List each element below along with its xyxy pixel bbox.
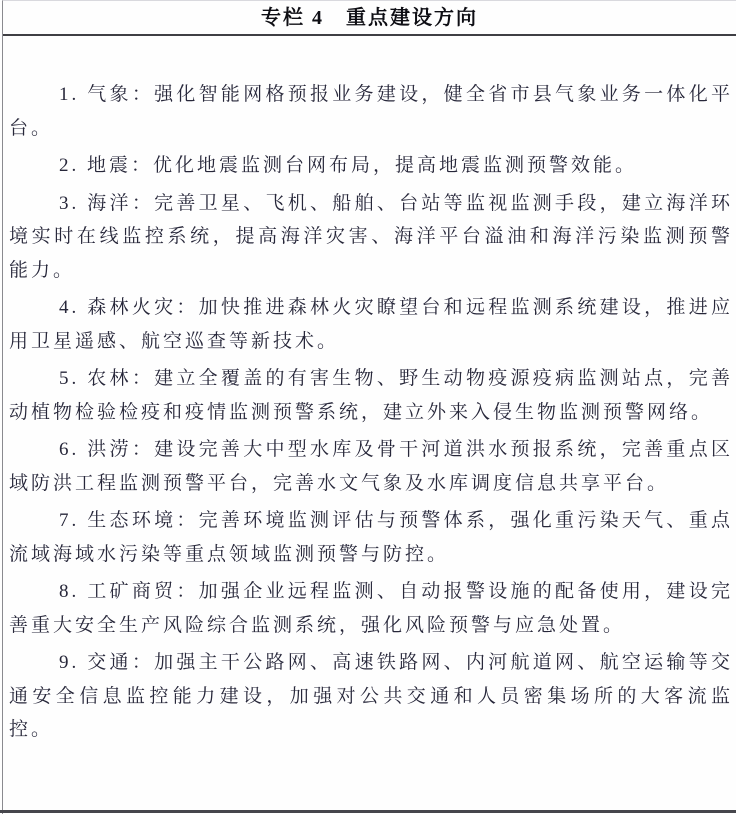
panel-item-1: 1. 气象：强化智能网格预报业务建设，健全省市县气象业务一体化平台。 bbox=[9, 78, 733, 145]
panel-bottom-border bbox=[0, 810, 736, 813]
panel-item-8: 8. 工矿商贸：加强企业远程监测、自动报警设施的配备使用，建设完善重大安全生产风… bbox=[9, 575, 733, 642]
panel-item-5: 5. 农林：建立全覆盖的有害生物、野生动物疫源疫病监测站点，完善动植物检验检疫和… bbox=[9, 362, 733, 429]
panel-item-7: 7. 生态环境：完善环境监测评估与预警体系，强化重污染天气、重点流域海域水污染等… bbox=[9, 504, 733, 571]
panel-body: 1. 气象：强化智能网格预报业务建设，健全省市县气象业务一体化平台。 2. 地震… bbox=[3, 36, 736, 747]
panel-box: 专栏 4 重点建设方向 1. 气象：强化智能网格预报业务建设，健全省市县气象业务… bbox=[2, 0, 736, 814]
panel-item-3: 3. 海洋：完善卫星、飞机、船舶、台站等监视监测手段，建立海洋环境实时在线监控系… bbox=[9, 187, 733, 288]
panel-item-6: 6. 洪涝：建设完善大中型水库及骨干河道洪水预报系统，完善重点区域防洪工程监测预… bbox=[9, 433, 733, 500]
panel-header: 专栏 4 重点建设方向 bbox=[3, 1, 736, 36]
panel-item-2: 2. 地震：优化地震监测台网布局，提高地震监测预警效能。 bbox=[9, 149, 733, 183]
document-page: 专栏 4 重点建设方向 1. 气象：强化智能网格预报业务建设，健全省市县气象业务… bbox=[0, 0, 736, 814]
panel-item-4: 4. 森林火灾：加快推进森林火灾瞭望台和远程监测系统建设，推进应用卫星遥感、航空… bbox=[9, 291, 733, 358]
panel-title: 专栏 4 重点建设方向 bbox=[261, 7, 478, 29]
panel-item-9: 9. 交通：加强主干公路网、高速铁路网、内河航道网、航空运输等交通安全信息监控能… bbox=[9, 646, 733, 747]
